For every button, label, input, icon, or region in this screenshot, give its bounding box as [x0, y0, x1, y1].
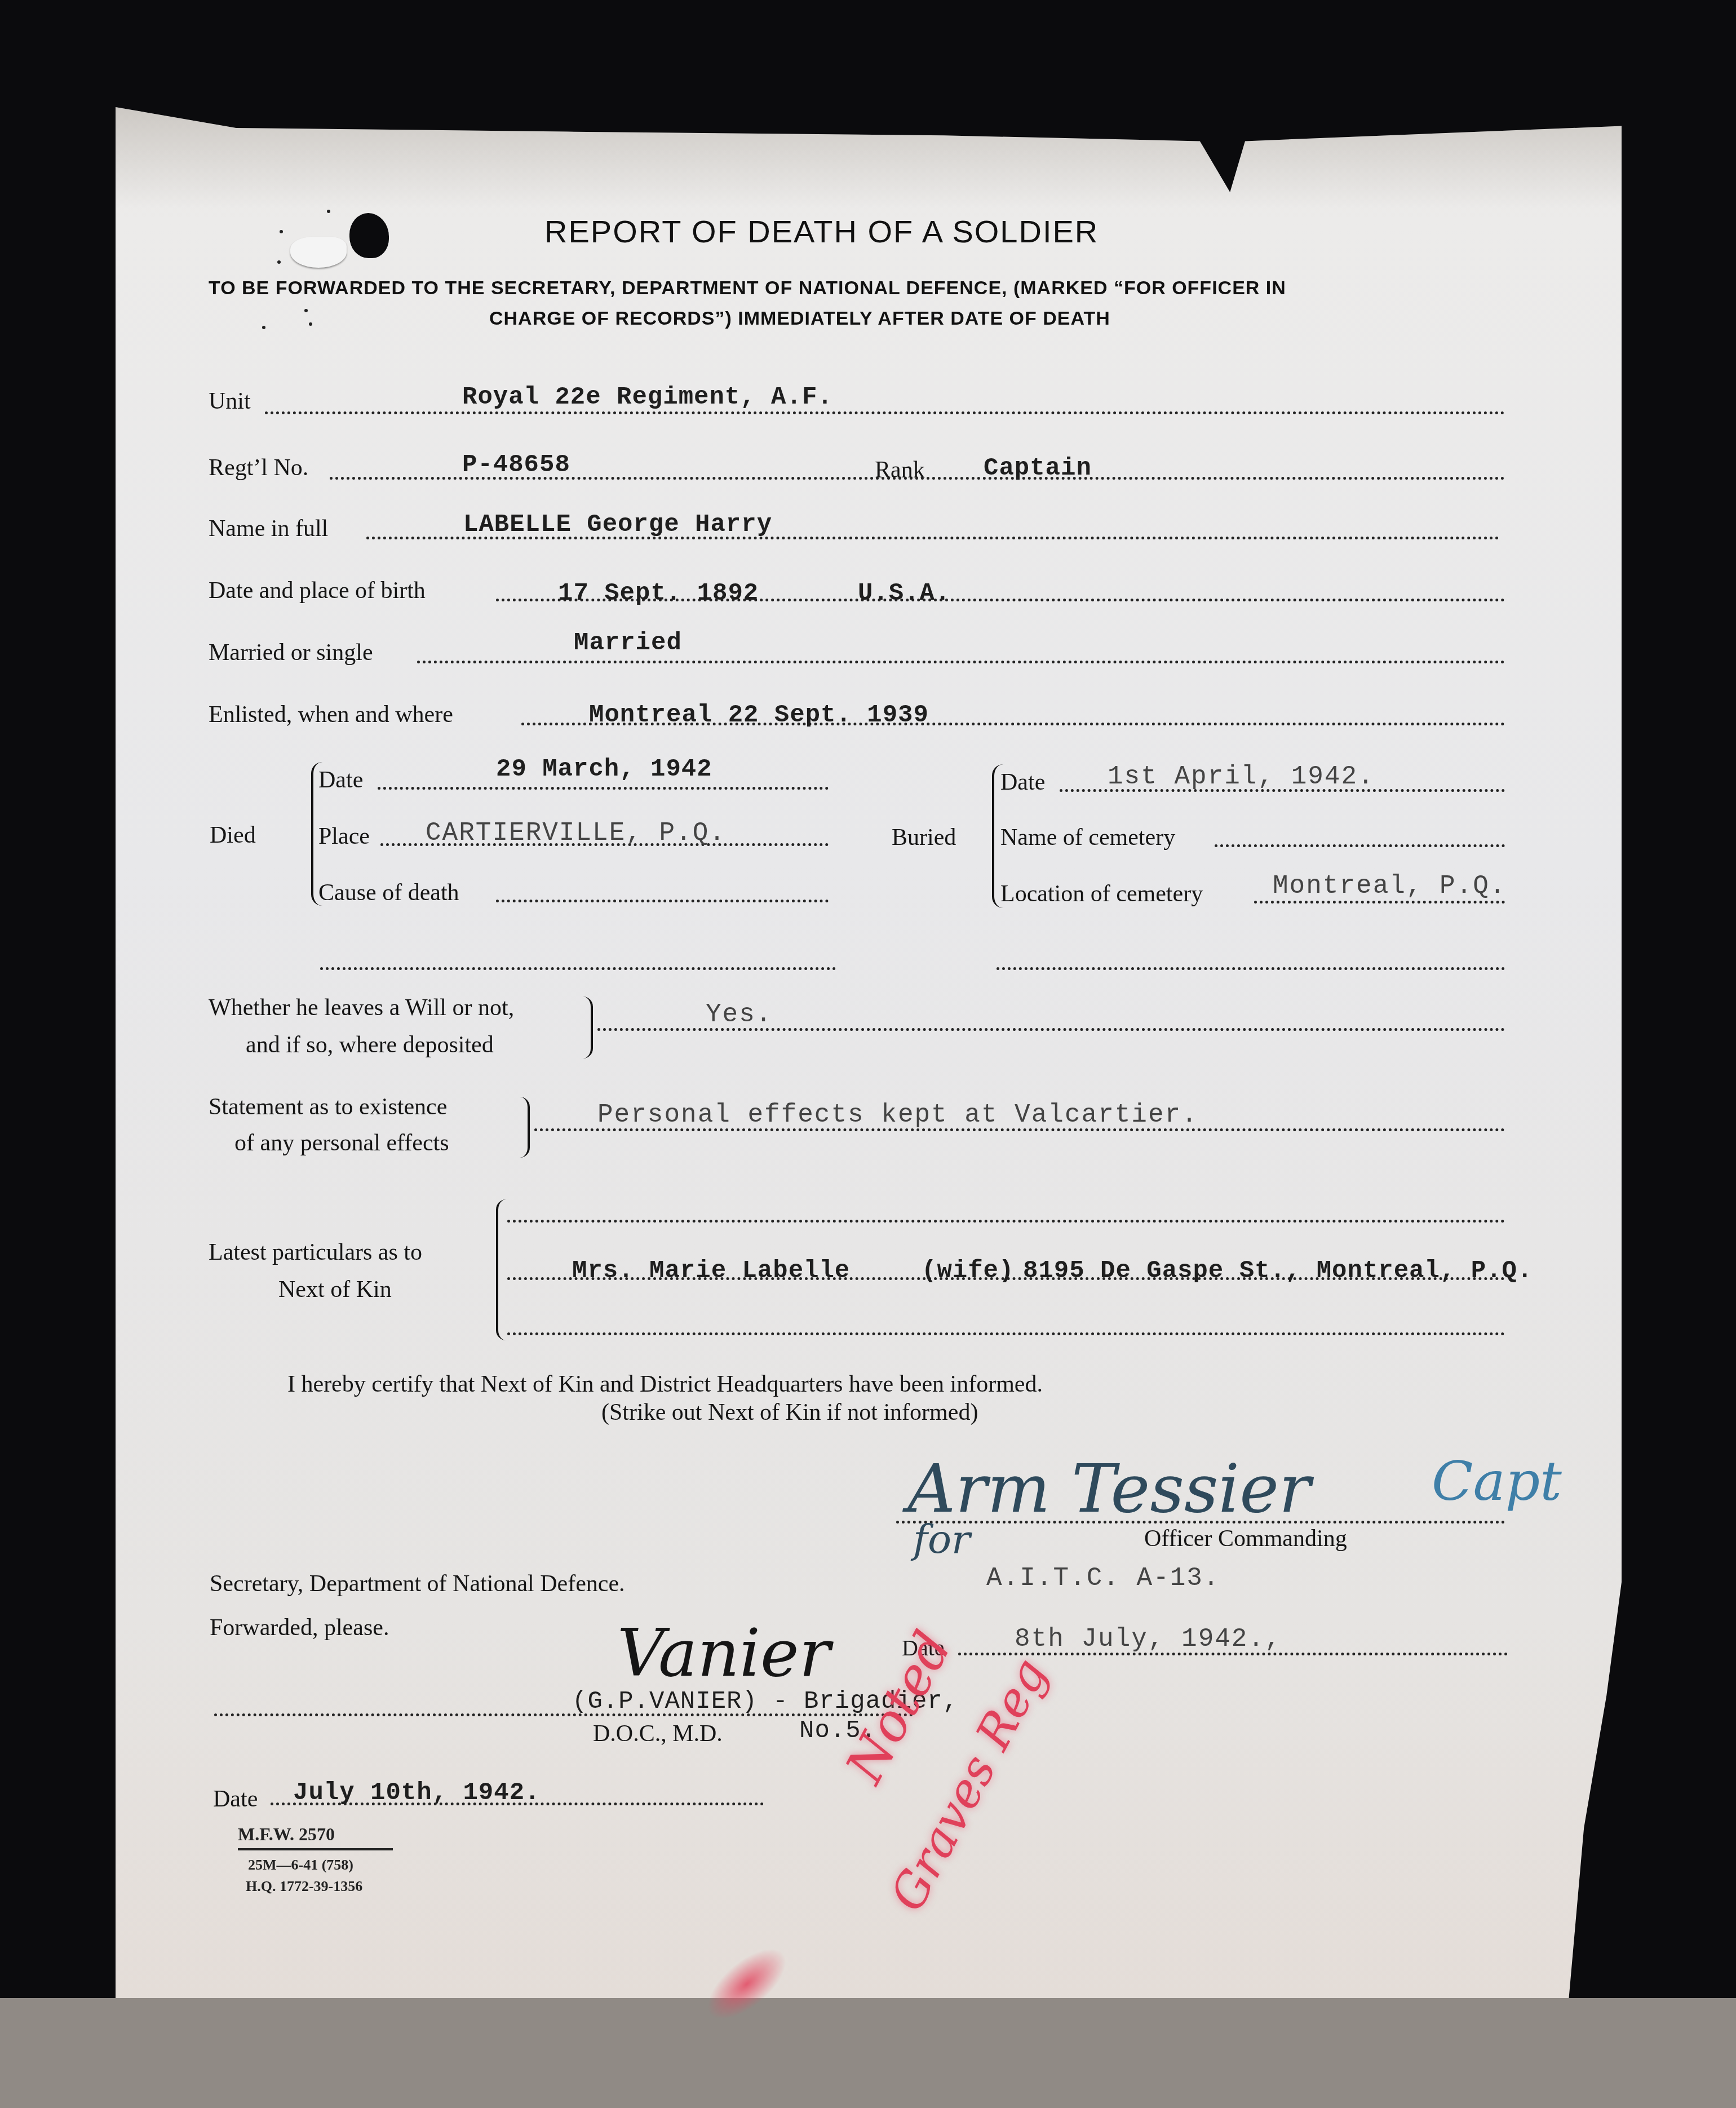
officer-unit: A.I.T.C. A-13. — [986, 1564, 1220, 1593]
buried-line-2 — [997, 967, 1505, 970]
will-label-line2: and if so, where deposited — [246, 1031, 494, 1059]
cemetery-location-value: Montreal, P.Q. — [1273, 871, 1506, 901]
form-number-rule — [238, 1848, 393, 1850]
form-hq-code: H.Q. 1772-39-1356 — [246, 1878, 362, 1895]
punch-hole — [349, 213, 389, 258]
died-date-label: Date — [318, 767, 363, 794]
effects-brace — [520, 1097, 530, 1158]
marital-value: Married — [574, 629, 682, 657]
rank-label: Rank — [875, 457, 925, 484]
secretary-date-label: Date — [213, 1786, 258, 1813]
cemetery-location-line — [1254, 901, 1505, 904]
rank-value: Captain — [984, 454, 1092, 482]
pin-hole — [304, 309, 308, 312]
certify-line1: I hereby certify that Next of Kin and Di… — [287, 1371, 1043, 1398]
birth-place-value: U.S.A. — [858, 579, 950, 608]
regt-no-value: P-48658 — [462, 451, 570, 479]
nok-line-3 — [507, 1332, 1505, 1335]
officer-signature-prefix: for — [913, 1516, 971, 1562]
marital-line — [417, 661, 1505, 663]
will-label-line1: Whether he leaves a Will or not, — [209, 994, 514, 1021]
forwarded-line: Forwarded, please. — [210, 1614, 389, 1641]
officer-signature-line — [896, 1521, 1505, 1524]
pin-hole — [309, 322, 312, 326]
regt-no-label: Regt’l No. — [209, 454, 308, 481]
certify-line2: (Strike out Next of Kin if not informed) — [601, 1399, 978, 1426]
nok-name-value: Mrs. Marie Labelle — [572, 1257, 850, 1285]
cause-label: Cause of death — [318, 879, 459, 906]
birth-label: Date and place of birth — [209, 577, 426, 604]
nok-brace — [496, 1199, 506, 1340]
buried-label: Buried — [892, 824, 956, 851]
effects-label-line1: Statement as to existence — [209, 1093, 447, 1121]
died-place-value: CARTIERVILLE, P.Q. — [426, 818, 726, 848]
form-title: REPORT OF DEATH OF A SOLDIER — [544, 213, 1099, 250]
form-number: M.F.W. 2570 — [238, 1824, 335, 1845]
cemetery-location-label: Location of cemetery — [1000, 880, 1203, 907]
bottom-band — [0, 1998, 1736, 2108]
nok-relation-value: (wife) — [922, 1257, 1014, 1285]
died-place-label: Place — [318, 823, 370, 850]
pin-hole — [277, 260, 281, 264]
punch-hole-flap — [290, 237, 347, 268]
died-date-value: 29 March, 1942 — [496, 755, 712, 783]
will-value: Yes. — [706, 1000, 772, 1029]
cemetery-name-line — [1215, 844, 1505, 847]
form-print-run: 25M—6-41 (758) — [248, 1857, 353, 1874]
secretary-line: Secretary, Department of National Defenc… — [210, 1570, 625, 1597]
unit-value: Royal 22e Regiment, A.F. — [462, 383, 833, 411]
unit-label: Unit — [209, 388, 251, 415]
marital-label: Married or single — [209, 639, 373, 666]
nok-address-value: 8195 De Gaspe St., Montreal, P.Q. — [1023, 1257, 1533, 1285]
pin-hole — [280, 230, 283, 233]
nok-label-line2: Next of Kin — [278, 1276, 392, 1303]
birth-date-value: 17 Sept. 1892 — [558, 579, 759, 608]
officer-date-value: 8th July, 1942., — [1015, 1624, 1282, 1654]
vanier-signature: Vanier — [617, 1615, 830, 1691]
will-brace — [583, 997, 593, 1059]
pin-hole — [262, 326, 265, 329]
enlisted-label: Enlisted, when and where — [209, 701, 453, 728]
pin-hole — [327, 210, 330, 213]
name-label: Name in full — [209, 515, 328, 542]
nok-label-line1: Latest particulars as to — [209, 1239, 422, 1266]
enlisted-value: Montreal 22 Sept. 1939 — [589, 701, 929, 729]
form-subtitle-line2: CHARGE OF RECORDS”) IMMEDIATELY AFTER DA… — [489, 308, 1110, 330]
unit-line — [265, 411, 1505, 414]
died-date-line — [378, 787, 829, 790]
effects-value: Personal effects kept at Valcartier. — [597, 1100, 1198, 1130]
cause-line-2 — [320, 967, 836, 970]
died-label: Died — [210, 822, 256, 849]
effects-label-line2: of any personal effects — [234, 1130, 449, 1157]
officer-title: Officer Commanding — [1144, 1525, 1347, 1552]
secretary-date-value: July 10th, 1942. — [293, 1779, 540, 1807]
doc-md-label: D.O.C., M.D. — [593, 1720, 723, 1747]
cemetery-name-label: Name of cemetery — [1000, 824, 1175, 851]
name-value: LABELLE George Harry — [463, 511, 772, 539]
buried-date-label: Date — [1000, 769, 1045, 796]
form-subtitle-line1: TO BE FORWARDED TO THE SECRETARY, DEPART… — [209, 277, 1286, 299]
cause-line — [496, 900, 829, 902]
officer-signature-rank: Capt — [1432, 1450, 1562, 1513]
buried-date-value: 1st April, 1942. — [1108, 762, 1375, 791]
nok-line-1 — [507, 1220, 1505, 1223]
